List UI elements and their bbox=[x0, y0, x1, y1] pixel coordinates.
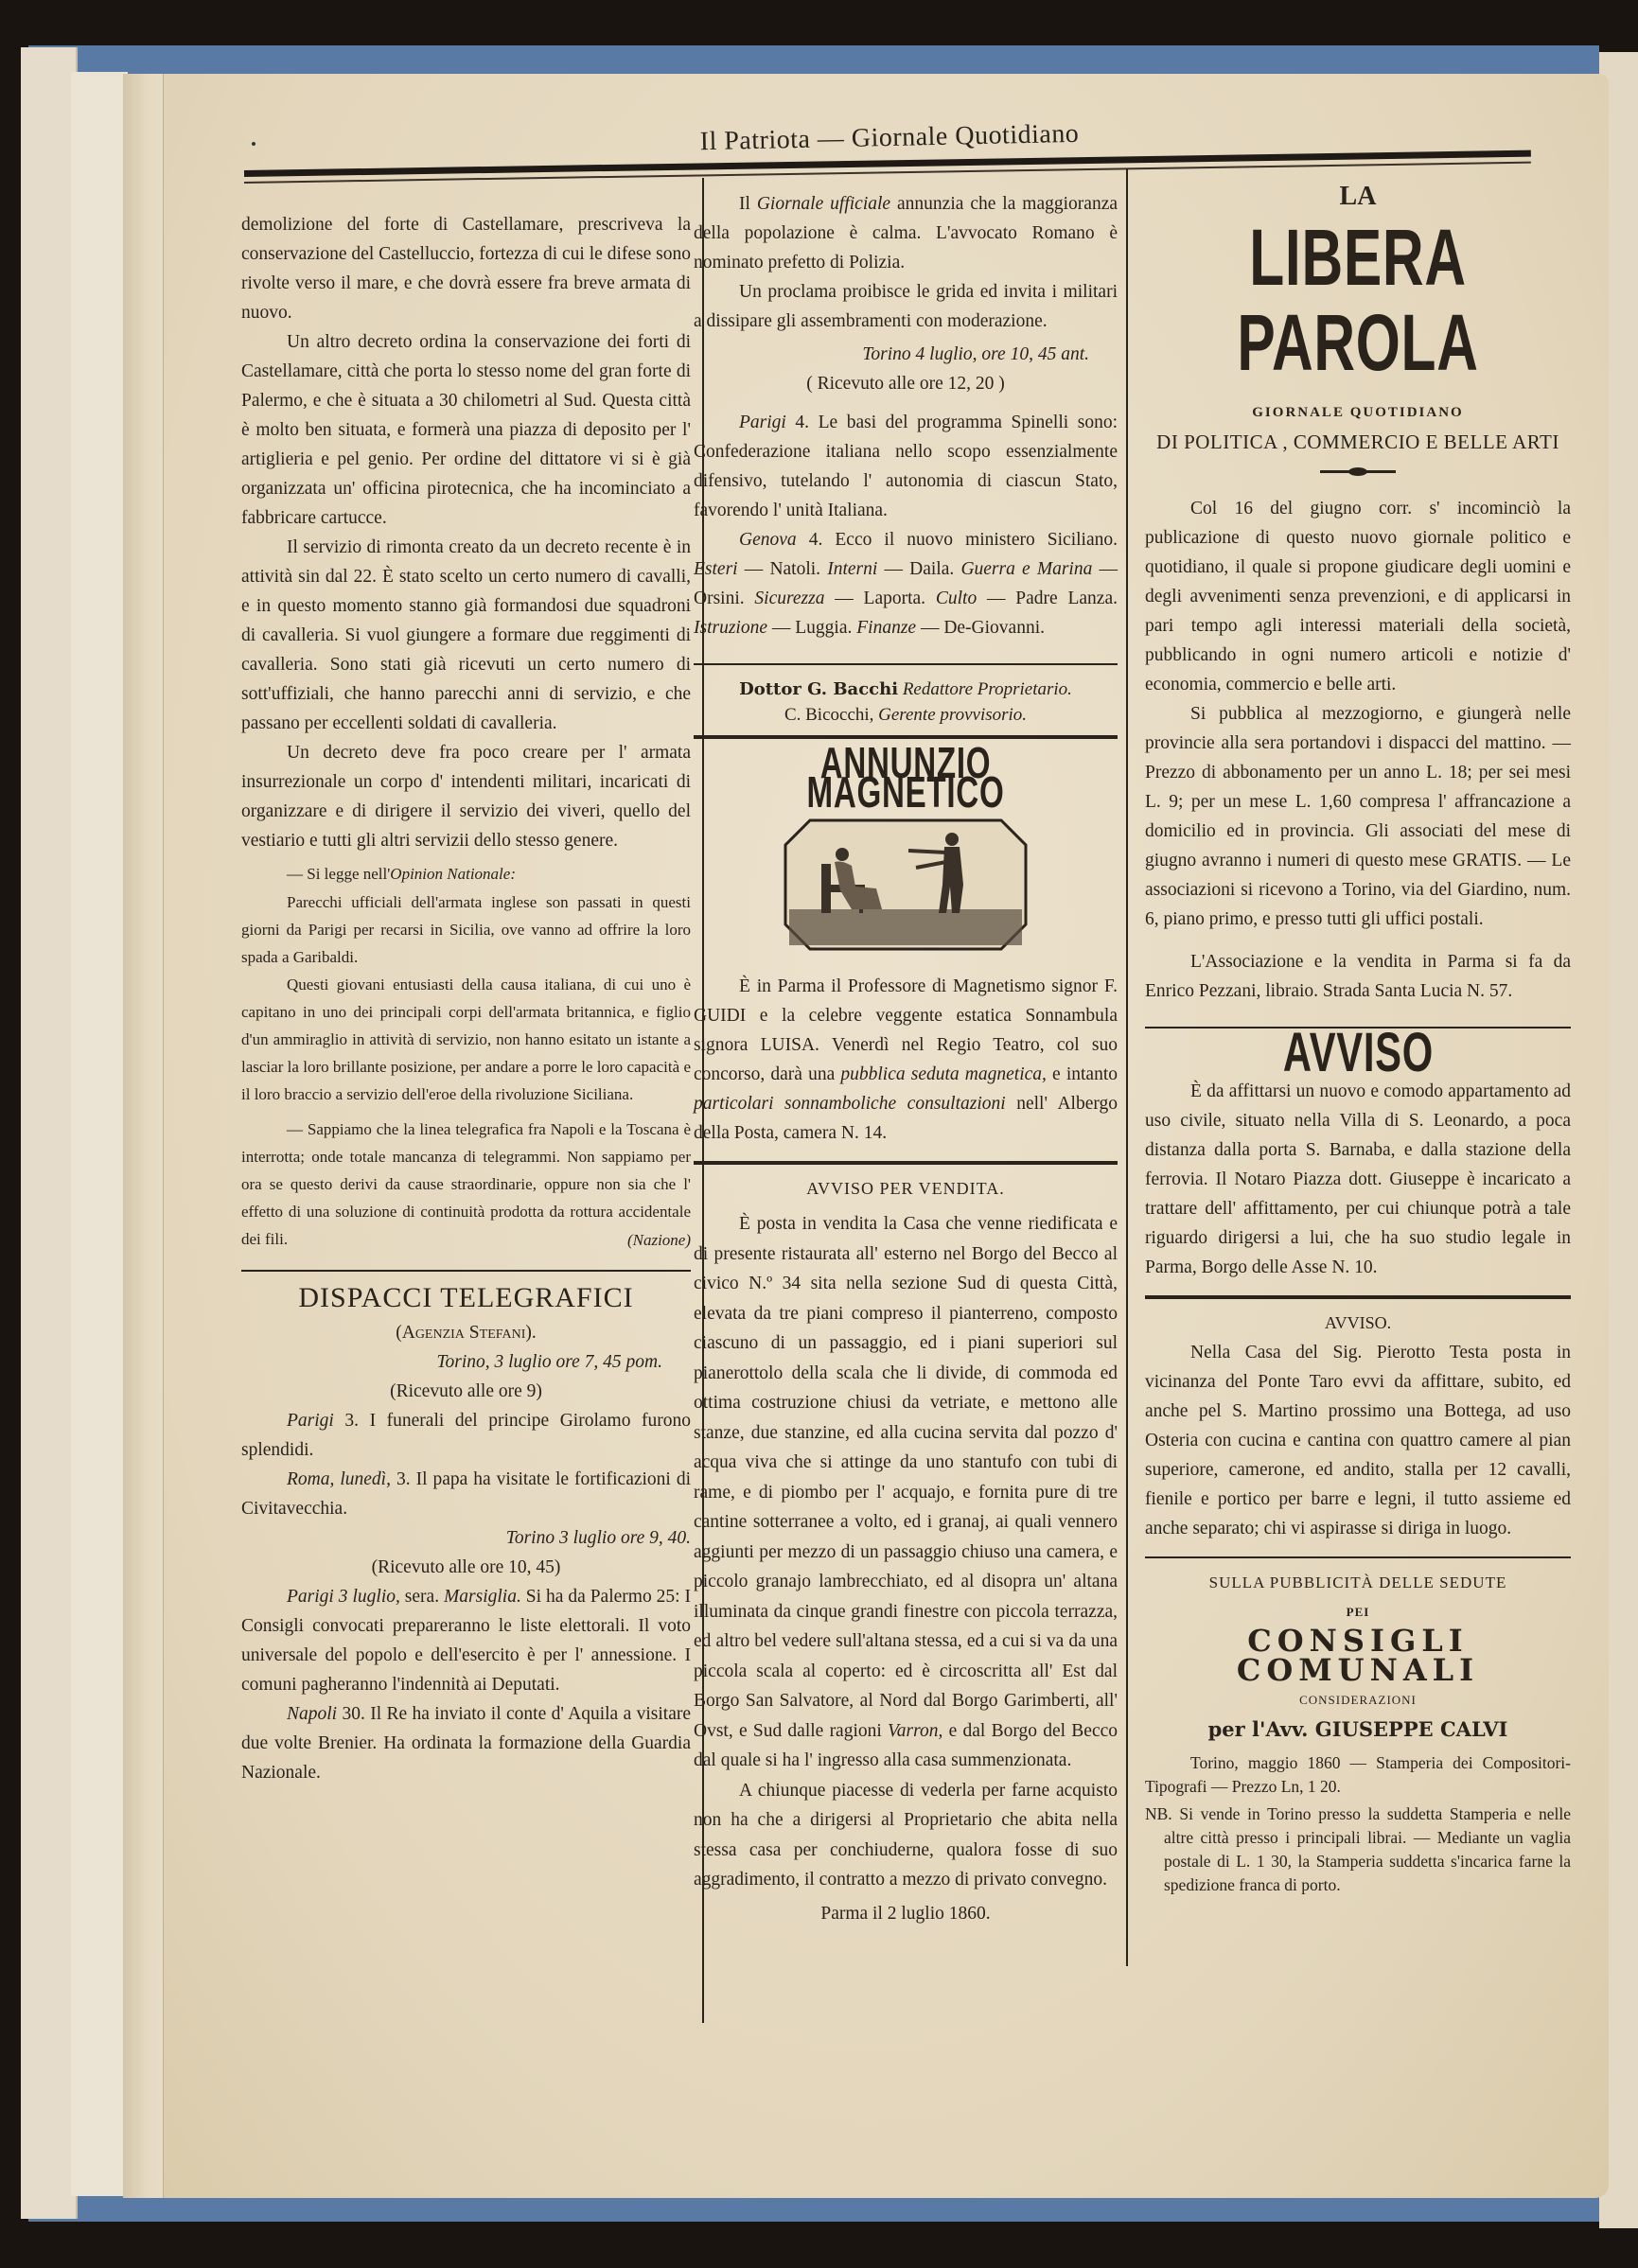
opinion-paragraph: Questi giovani entusiasti della causa it… bbox=[241, 971, 691, 1108]
article-paragraph: Un proclama proibisce le grida ed invita… bbox=[694, 277, 1118, 336]
opinion-source: Opinion Nationale: bbox=[390, 865, 516, 883]
consigli-nb: NB. Si vende in Torino presso la suddett… bbox=[1145, 1802, 1571, 1897]
opinion-paragraph: Parecchi ufficiali dell'armata inglese s… bbox=[241, 888, 691, 971]
article-paragraph: Il servizio di rimonta creato da un decr… bbox=[241, 533, 691, 738]
consigli-considerazioni: CONSIDERAZIONI bbox=[1145, 1685, 1571, 1714]
libera-parola-tagline: DI POLITICA , COMMERCIO E BELLE ARTI bbox=[1145, 428, 1571, 457]
annunzio-title: ANNUNZIO MAGNETICO bbox=[694, 748, 1118, 807]
article-paragraph: Il Giornale ufficiale annunzia che la ma… bbox=[694, 189, 1118, 277]
consigli-title: CONSIGLI COMUNALI bbox=[1145, 1626, 1571, 1685]
avviso2-title: AVVISO. bbox=[1145, 1309, 1571, 1338]
ministry-list: Esteri — Natoli. Interni — Daila. Guerra… bbox=[694, 559, 1118, 638]
dispatch-item: Parigi 3. I funerali del principe Girola… bbox=[241, 1406, 691, 1465]
manager-line: C. Bicocchi, Gerente provvisorio. bbox=[694, 700, 1118, 730]
magnetism-engraving-image bbox=[784, 818, 1028, 951]
section-divider bbox=[1145, 1556, 1571, 1558]
column-2: Il Giornale ufficiale annunzia che la ma… bbox=[694, 189, 1118, 1928]
vendita-title: AVVISO PER VENDITA. bbox=[694, 1174, 1118, 1204]
dispatch-dateline: Torino, 3 luglio ore 7, 45 pom. bbox=[241, 1347, 691, 1377]
consigli-author: per l'Avv. GIUSEPPE CALVI bbox=[1145, 1714, 1571, 1744]
telegraph-source: (Nazione) bbox=[241, 1225, 691, 1255]
dispatch-dateline: Torino 4 luglio, ore 10, 45 ant. bbox=[694, 340, 1118, 369]
dispatch-received: (Ricevuto alle ore 9) bbox=[241, 1377, 691, 1406]
section-divider bbox=[241, 1270, 691, 1272]
libera-paragraph: Si pubblica al mezzogiorno, e giungerà n… bbox=[1145, 699, 1571, 934]
dispatches-title: DISPACCI TELEGRAFICI bbox=[241, 1283, 691, 1312]
consigli-imprint: Torino, maggio 1860 — Stamperia dei Comp… bbox=[1145, 1751, 1571, 1799]
binding-stub bbox=[21, 47, 78, 2219]
libera-paragraph: Col 16 del giugno corr. s' incominciò la… bbox=[1145, 494, 1571, 699]
consigli-heading: SULLA PUBBLICITÀ DELLE SEDUTE bbox=[1145, 1568, 1571, 1597]
avviso-text: È da affittarsi un nuovo e comodo appart… bbox=[1145, 1077, 1571, 1282]
article-paragraph: Un decreto deve fra poco creare per l' a… bbox=[241, 738, 691, 855]
ornament-divider-icon bbox=[1320, 470, 1396, 473]
article-paragraph: Un altro decreto ordina la conservazione… bbox=[241, 327, 691, 533]
libera-parola-title: LIBERA PAROLA bbox=[1145, 215, 1571, 387]
dispatch-item: Roma, lunedì, 3. Il papa ha visitate le … bbox=[241, 1465, 691, 1523]
annunzio-text: È in Parma il Professore di Magnetismo s… bbox=[694, 972, 1118, 1148]
page-mark bbox=[252, 142, 255, 146]
section-divider bbox=[1145, 1295, 1571, 1299]
section-divider bbox=[694, 1161, 1118, 1165]
article-paragraph: demolizione del forte di Castellamare, p… bbox=[241, 210, 691, 327]
dispatch-dateline: Torino 3 luglio ore 9, 40. bbox=[241, 1523, 691, 1553]
dispatch-item: Napoli 30. Il Re ha inviato il conte d' … bbox=[241, 1699, 691, 1787]
dispatch-received: ( Ricevuto alle ore 12, 20 ) bbox=[694, 369, 1118, 398]
column-1: demolizione del forte di Castellamare, p… bbox=[241, 210, 691, 1787]
dispatch-item: Parigi 3 luglio, sera. Marsiglia. Si ha … bbox=[241, 1582, 691, 1699]
avviso-title: AVVISO bbox=[1145, 1038, 1571, 1067]
opinion-intro: — Si legge nell'Opinion Nationale: bbox=[241, 859, 691, 888]
page-gutter bbox=[123, 74, 164, 2198]
vendita-text: A chiunque piacesse di vederla per farne… bbox=[694, 1776, 1118, 1895]
dispatch-item: Genova 4. Ecco il nuovo ministero Sicili… bbox=[694, 525, 1118, 642]
vendita-text: È posta in vendita la Casa che venne rie… bbox=[694, 1209, 1118, 1776]
avviso2-text: Nella Casa del Sig. Pierotto Testa posta… bbox=[1145, 1338, 1571, 1543]
column-rule bbox=[1126, 168, 1128, 1966]
dispatches-agency: (Agenzia Stefani). bbox=[241, 1318, 691, 1347]
libera-parola-subtitle: GIORNALE QUOTIDIANO bbox=[1145, 398, 1571, 428]
section-divider bbox=[694, 663, 1118, 665]
libera-parola-la: LA bbox=[1145, 182, 1571, 211]
dispatch-received: (Ricevuto alle ore 10, 45) bbox=[241, 1553, 691, 1582]
vendita-dateline: Parma il 2 luglio 1860. bbox=[694, 1899, 1118, 1928]
dispatch-item: Parigi 4. Le basi del programma Spinelli… bbox=[694, 408, 1118, 525]
libera-paragraph: L'Associazione e la vendita in Parma si … bbox=[1145, 947, 1571, 1006]
binding-stub-inner bbox=[71, 72, 128, 2196]
engraving-icon bbox=[784, 818, 1028, 951]
column-3: LA LIBERA PAROLA GIORNALE QUOTIDIANO DI … bbox=[1145, 182, 1571, 1897]
